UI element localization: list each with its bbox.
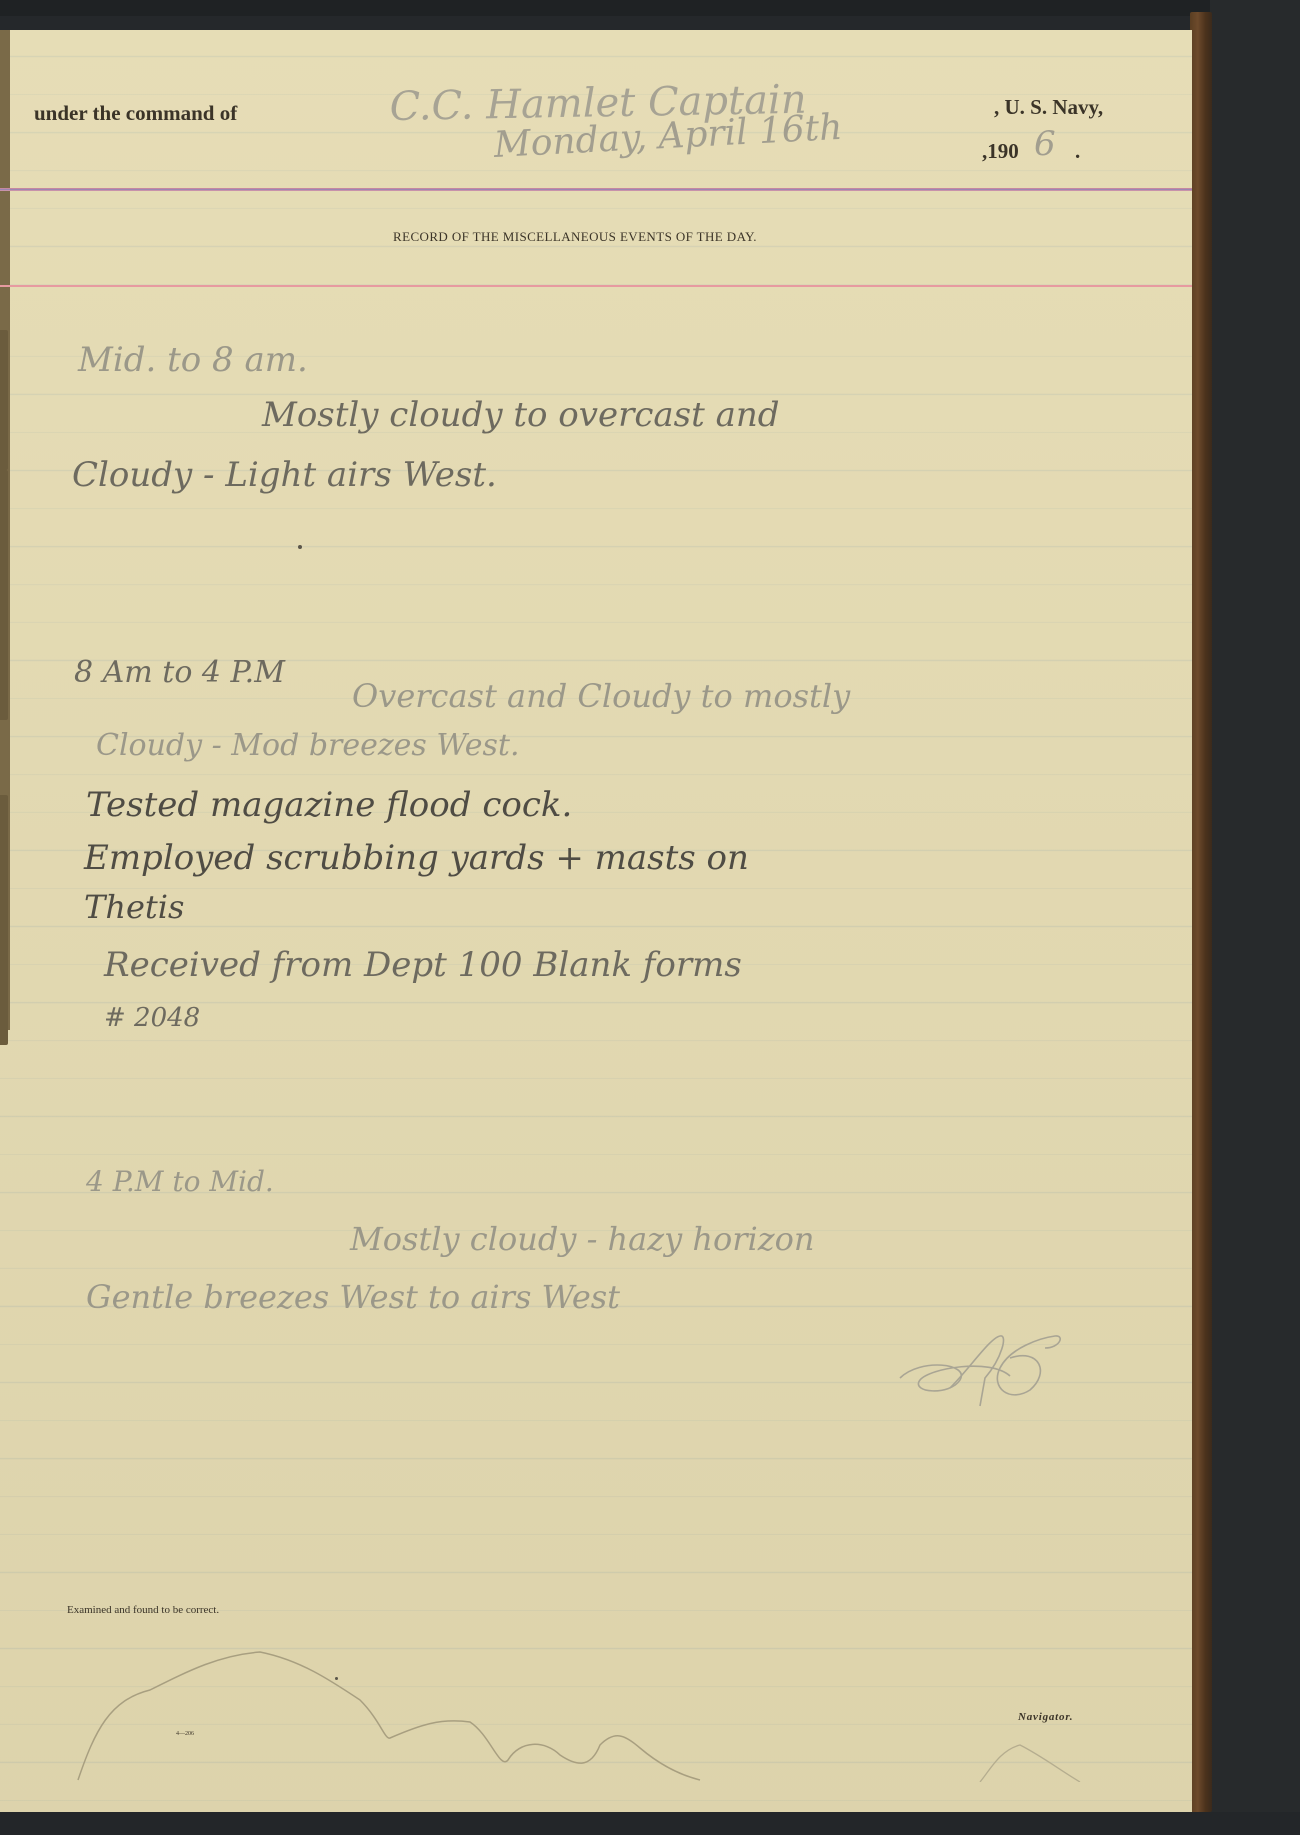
entry-line: Cloudy - Mod breezes West.	[96, 728, 520, 763]
ink-dot	[298, 545, 302, 549]
entry-line: Tested magazine flood cock.	[86, 785, 572, 825]
entry-line: # 2048	[104, 1003, 200, 1033]
examined-label: Examined and found to be correct.	[67, 1604, 219, 1616]
entry-line: Employed scrubbing yards + masts on	[84, 838, 749, 878]
header-rule	[0, 188, 1192, 191]
year-prefix: ,190	[982, 139, 1019, 164]
section-rule	[0, 285, 1192, 287]
navigator-label: Navigator.	[1018, 1711, 1073, 1723]
book-cover-edge	[1190, 12, 1212, 1812]
entry-line: Mostly cloudy - hazy horizon	[350, 1220, 814, 1258]
watch-label: 8 Am to 4 P.M	[74, 655, 285, 690]
binding-tab	[0, 470, 8, 720]
backdrop-top	[0, 0, 1300, 16]
watch-label: Mid. to 8 am.	[78, 340, 308, 380]
binding-tab	[0, 795, 8, 1045]
entry-line: Cloudy - Light airs West.	[72, 455, 497, 495]
form-number: 4—206	[176, 1731, 194, 1737]
entry-line: Received from Dept 100 Blank forms	[104, 945, 742, 985]
entry-line: Gentle breezes West to airs West	[86, 1278, 620, 1316]
year-suffix: .	[1075, 139, 1080, 164]
scanned-log-page: under the command of C.C. Hamlet Captain…	[0, 0, 1300, 1835]
watch-label: 4 P.M to Mid.	[86, 1165, 274, 1198]
backdrop-right	[1210, 0, 1300, 1835]
entry-line: Thetis	[84, 888, 184, 926]
binding-tab	[0, 330, 8, 470]
command-label: under the command of	[34, 101, 237, 126]
backdrop-bottom	[0, 1812, 1300, 1835]
ink-dot	[335, 1677, 338, 1680]
entry-line: Overcast and Cloudy to mostly	[352, 677, 850, 715]
section-title: RECORD OF THE MISCELLANEOUS EVENTS OF TH…	[0, 229, 1150, 245]
signature-initials-icon	[890, 1318, 1070, 1408]
entry-line: Mostly cloudy to overcast and	[262, 395, 780, 435]
service-label: , U. S. Navy,	[994, 95, 1103, 120]
year-digit-handwritten: 6	[1034, 124, 1056, 164]
